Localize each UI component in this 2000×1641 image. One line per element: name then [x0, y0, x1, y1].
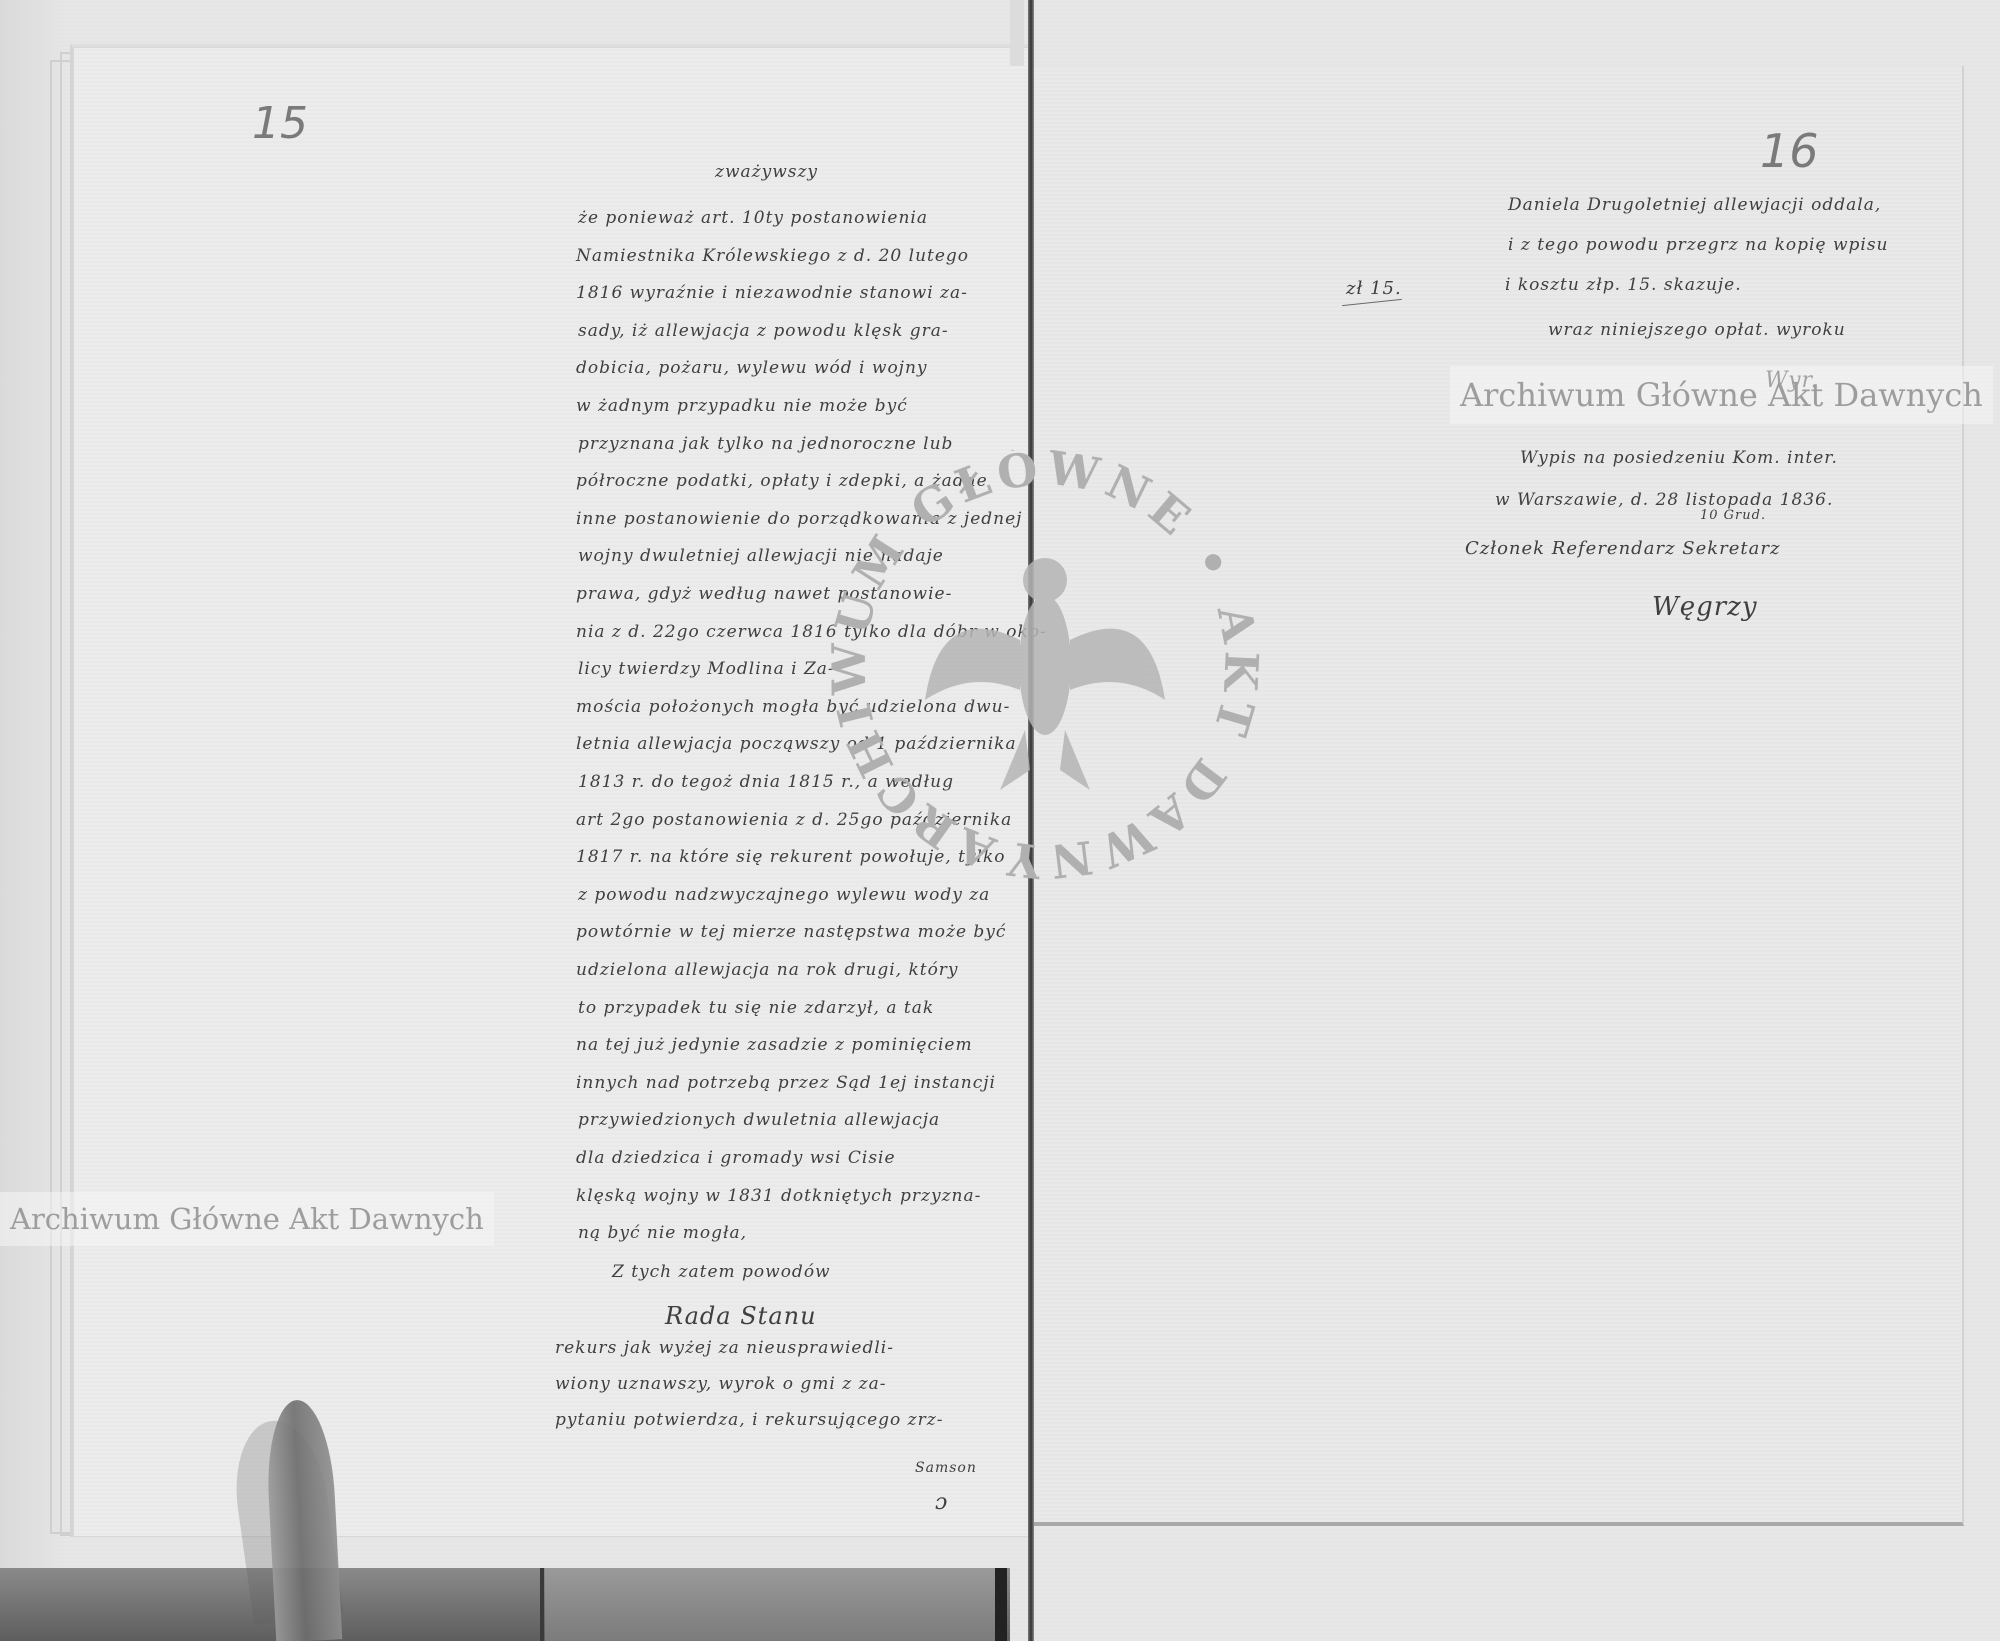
handwritten-line: 1816 wyraźnie i niezawodnie stanowi za-: [576, 283, 968, 303]
signature-flourish: ɔ: [935, 1490, 948, 1515]
footer-line: Członek Referendarz Sekretarz: [1465, 538, 1780, 559]
handwritten-line: że ponieważ art. 10ty postanowienia: [578, 208, 928, 228]
handwritten-line: dobicia, pożaru, wylewu wód i wojny: [576, 358, 928, 378]
eagle-icon: [925, 558, 1165, 790]
binding-seam: [540, 1568, 544, 1641]
closing-signature: Samson: [915, 1460, 977, 1476]
margin-note: zł 15.: [1346, 278, 1402, 299]
right-line: i z tego powodu przegrz na kopię wpisu: [1508, 235, 1889, 255]
page-number-right: 16: [1760, 124, 1819, 178]
footer-line: w Warszawie, d. 28 listopada 1836.: [1495, 490, 1833, 510]
left-heading: zważywszy: [715, 162, 818, 182]
right-line: wraz niniejszego opłat. wyroku: [1548, 320, 1846, 340]
closing-line: Z tych zatem powodów: [612, 1262, 831, 1282]
handwritten-line: z powodu nadzwyczajnego wylewu wody za: [578, 885, 990, 905]
page-number-left: 15: [252, 98, 308, 149]
handwritten-line: sady, iż allewjacja z powodu klęsk gra-: [578, 321, 949, 341]
spine-top: [1010, 0, 1024, 66]
right-line: Daniela Drugoletniej allewjacji oddala,: [1508, 195, 1881, 215]
handwritten-line: to przypadek tu się nie zdarzył, a tak: [578, 998, 934, 1018]
right-line: i kosztu złp. 15. skazuje.: [1505, 275, 1742, 295]
book-binding-bottom: [0, 1568, 1010, 1641]
closing-title: Rada Stanu: [665, 1302, 817, 1330]
watermark-left: Archiwum Główne Akt Dawnych: [0, 1192, 494, 1246]
handwritten-line: udzielona allewjacja na rok drugi, który: [576, 960, 959, 980]
signature: Węgrzy: [1652, 592, 1758, 622]
watermark-right: Archiwum Główne Akt Dawnych: [1450, 366, 1993, 424]
handwritten-line: klęską wojny w 1831 dotkniętych przyzna-: [576, 1186, 981, 1206]
handwritten-line: innych nad potrzebą przez Sąd 1ej instan…: [576, 1073, 996, 1093]
archive-stamp: ARCHIWUM GŁÓWNE • AKT DAWNYCH: [830, 450, 1260, 880]
closing-body-line: rekurs jak wyżej za nieusprawiedli-: [555, 1338, 894, 1358]
handwritten-line: Namiestnika Królewskiego z d. 20 lutego: [576, 246, 969, 266]
binding-edge: [995, 1568, 1007, 1641]
closing-body-line: wiony uznawszy, wyrok o gmi z za-: [555, 1374, 886, 1394]
closing-body-line: pytaniu potwierdza, i rekursującego zrz-: [555, 1410, 943, 1430]
binding-board: [545, 1568, 1005, 1641]
footer-date-alt: 10 Grud.: [1700, 508, 1766, 523]
handwritten-line: powtórnie w tej mierze następstwa może b…: [576, 922, 1006, 942]
handwritten-line: na tej już jedynie zasadzie z pominięcie…: [576, 1035, 973, 1055]
handwritten-line: w żadnym przypadku nie może być: [576, 396, 908, 416]
handwritten-line: licy twierdzy Modlina i Za-: [578, 659, 835, 679]
handwritten-line: ną być nie mogła,: [578, 1223, 747, 1243]
handwritten-line: dla dziedzica i gromady wsi Cisie: [576, 1148, 896, 1168]
handwritten-line: przywiedzionych dwuletnia allewjacja: [578, 1110, 940, 1130]
footer-line: Wypis na posiedzeniu Kom. inter.: [1520, 448, 1838, 468]
